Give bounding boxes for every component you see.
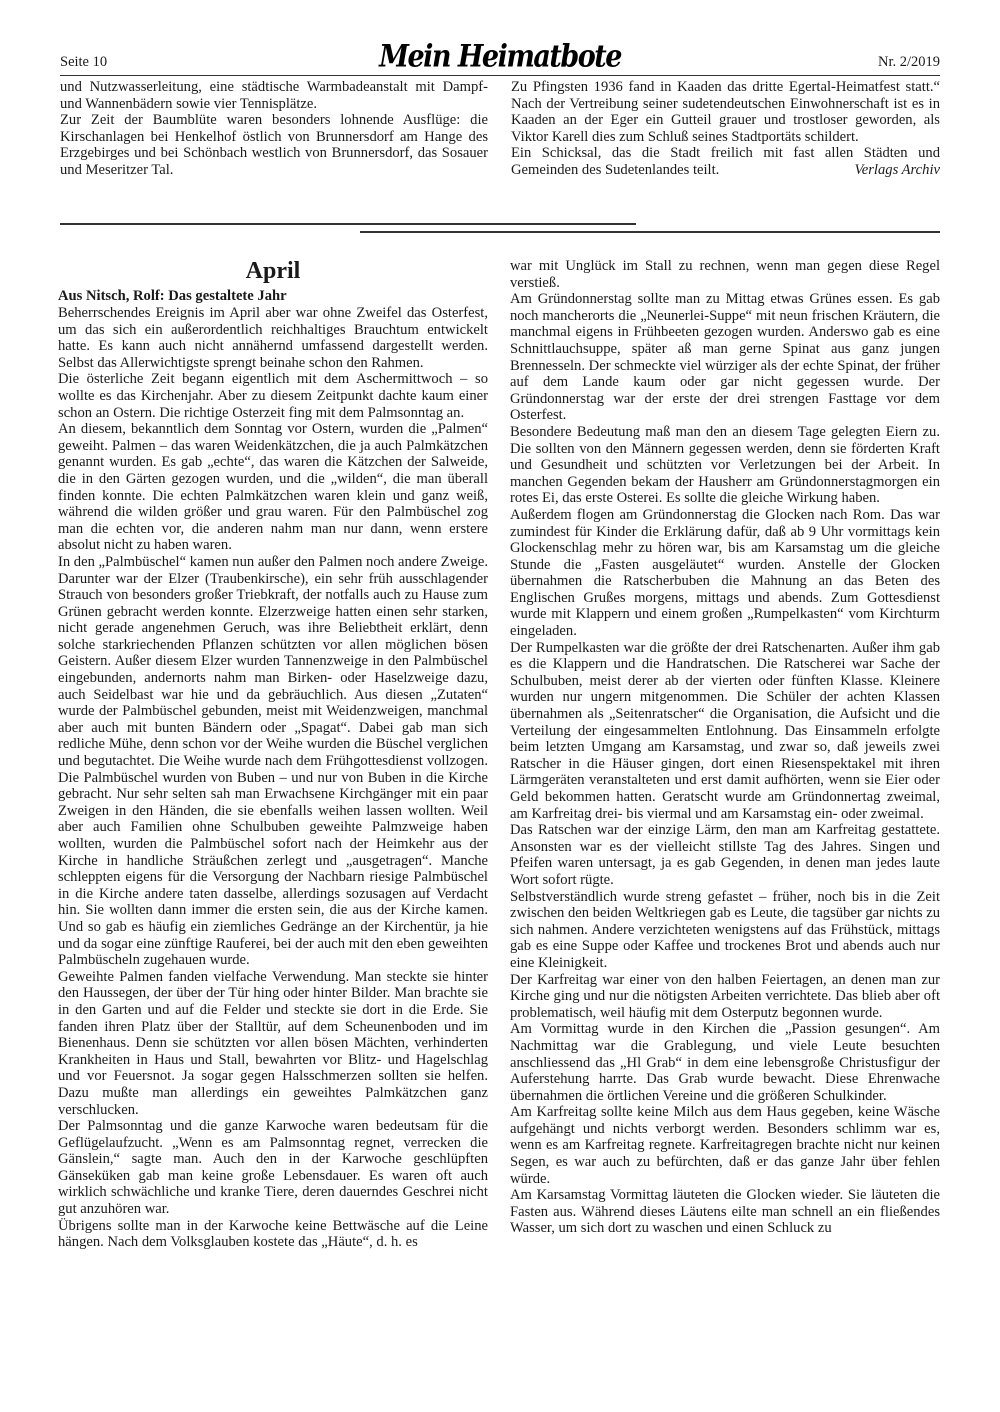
page-header: Seite 10 Mein Heimatbote Nr. 2/2019 <box>60 20 940 76</box>
paragraph: war mit Unglück im Stall zu rechnen, wen… <box>510 258 940 291</box>
paragraph: Der Rumpelkasten war die größte der drei… <box>510 640 940 823</box>
masthead-logo: Mein Heimatbote <box>60 39 940 75</box>
paragraph: Am Gründonnerstag sollte man zu Mittag e… <box>510 291 940 424</box>
paragraph: Am Vormittag wurde in den Kirchen die „P… <box>510 1021 940 1104</box>
paragraph: Ein Schicksal, das die Stadt freilich mi… <box>511 145 940 178</box>
paragraph: Übrigens sollte man in der Karwoche kein… <box>58 1218 488 1251</box>
paragraph: Das Ratschen war der einzige Lärm, den m… <box>510 822 940 888</box>
paragraph: Zur Zeit der Baumblüte waren besonders l… <box>60 112 488 178</box>
paragraph: und Nutzwasserleitung, eine städtische W… <box>60 79 488 112</box>
paragraph: Beherrschendes Ereignis im April aber wa… <box>58 305 488 371</box>
paragraph: Der Palmsonntag und die ganze Karwoche w… <box>58 1118 488 1218</box>
paragraph: Geweihte Palmen fanden vielfache Verwend… <box>58 969 488 1118</box>
paragraph: In den „Palmbüschel“ kamen nun außer den… <box>58 554 488 969</box>
paragraph: An diesem, bekanntlich dem Sonntag vor O… <box>58 421 488 554</box>
section-divider-right <box>360 231 940 233</box>
paragraph: Am Karsamstag Vormittag läuteten die Glo… <box>510 1187 940 1237</box>
previous-article-left-column: und Nutzwasserleitung, eine städtische W… <box>60 79 488 179</box>
paragraph: Die österliche Zeit begann eigentlich mi… <box>58 371 488 421</box>
source-credit: Verlags Archiv <box>854 162 940 179</box>
paragraph: Zu Pfingsten 1936 fand in Kaaden das dri… <box>511 79 940 145</box>
article-subtitle: Aus Nitsch, Rolf: Das gestaltete Jahr <box>58 288 488 305</box>
paragraph: Außerdem flogen am Gründonnerstag die Gl… <box>510 507 940 640</box>
section-divider-left <box>60 223 636 225</box>
paragraph: Der Karfreitag war einer von den halben … <box>510 972 940 1022</box>
previous-article-right-column: Zu Pfingsten 1936 fand in Kaaden das dri… <box>511 79 940 179</box>
paragraph: Besondere Bedeutung maß man den an diese… <box>510 424 940 507</box>
issue-number: Nr. 2/2019 <box>878 54 940 71</box>
paragraph: Am Karfreitag sollte keine Milch aus dem… <box>510 1104 940 1187</box>
article-right-column: war mit Unglück im Stall zu rechnen, wen… <box>510 258 940 1237</box>
paragraph: Selbstverständlich wurde streng gefastet… <box>510 889 940 972</box>
article-left-column: April Aus Nitsch, Rolf: Das gestaltete J… <box>58 258 488 1251</box>
article-title: April <box>58 258 488 284</box>
